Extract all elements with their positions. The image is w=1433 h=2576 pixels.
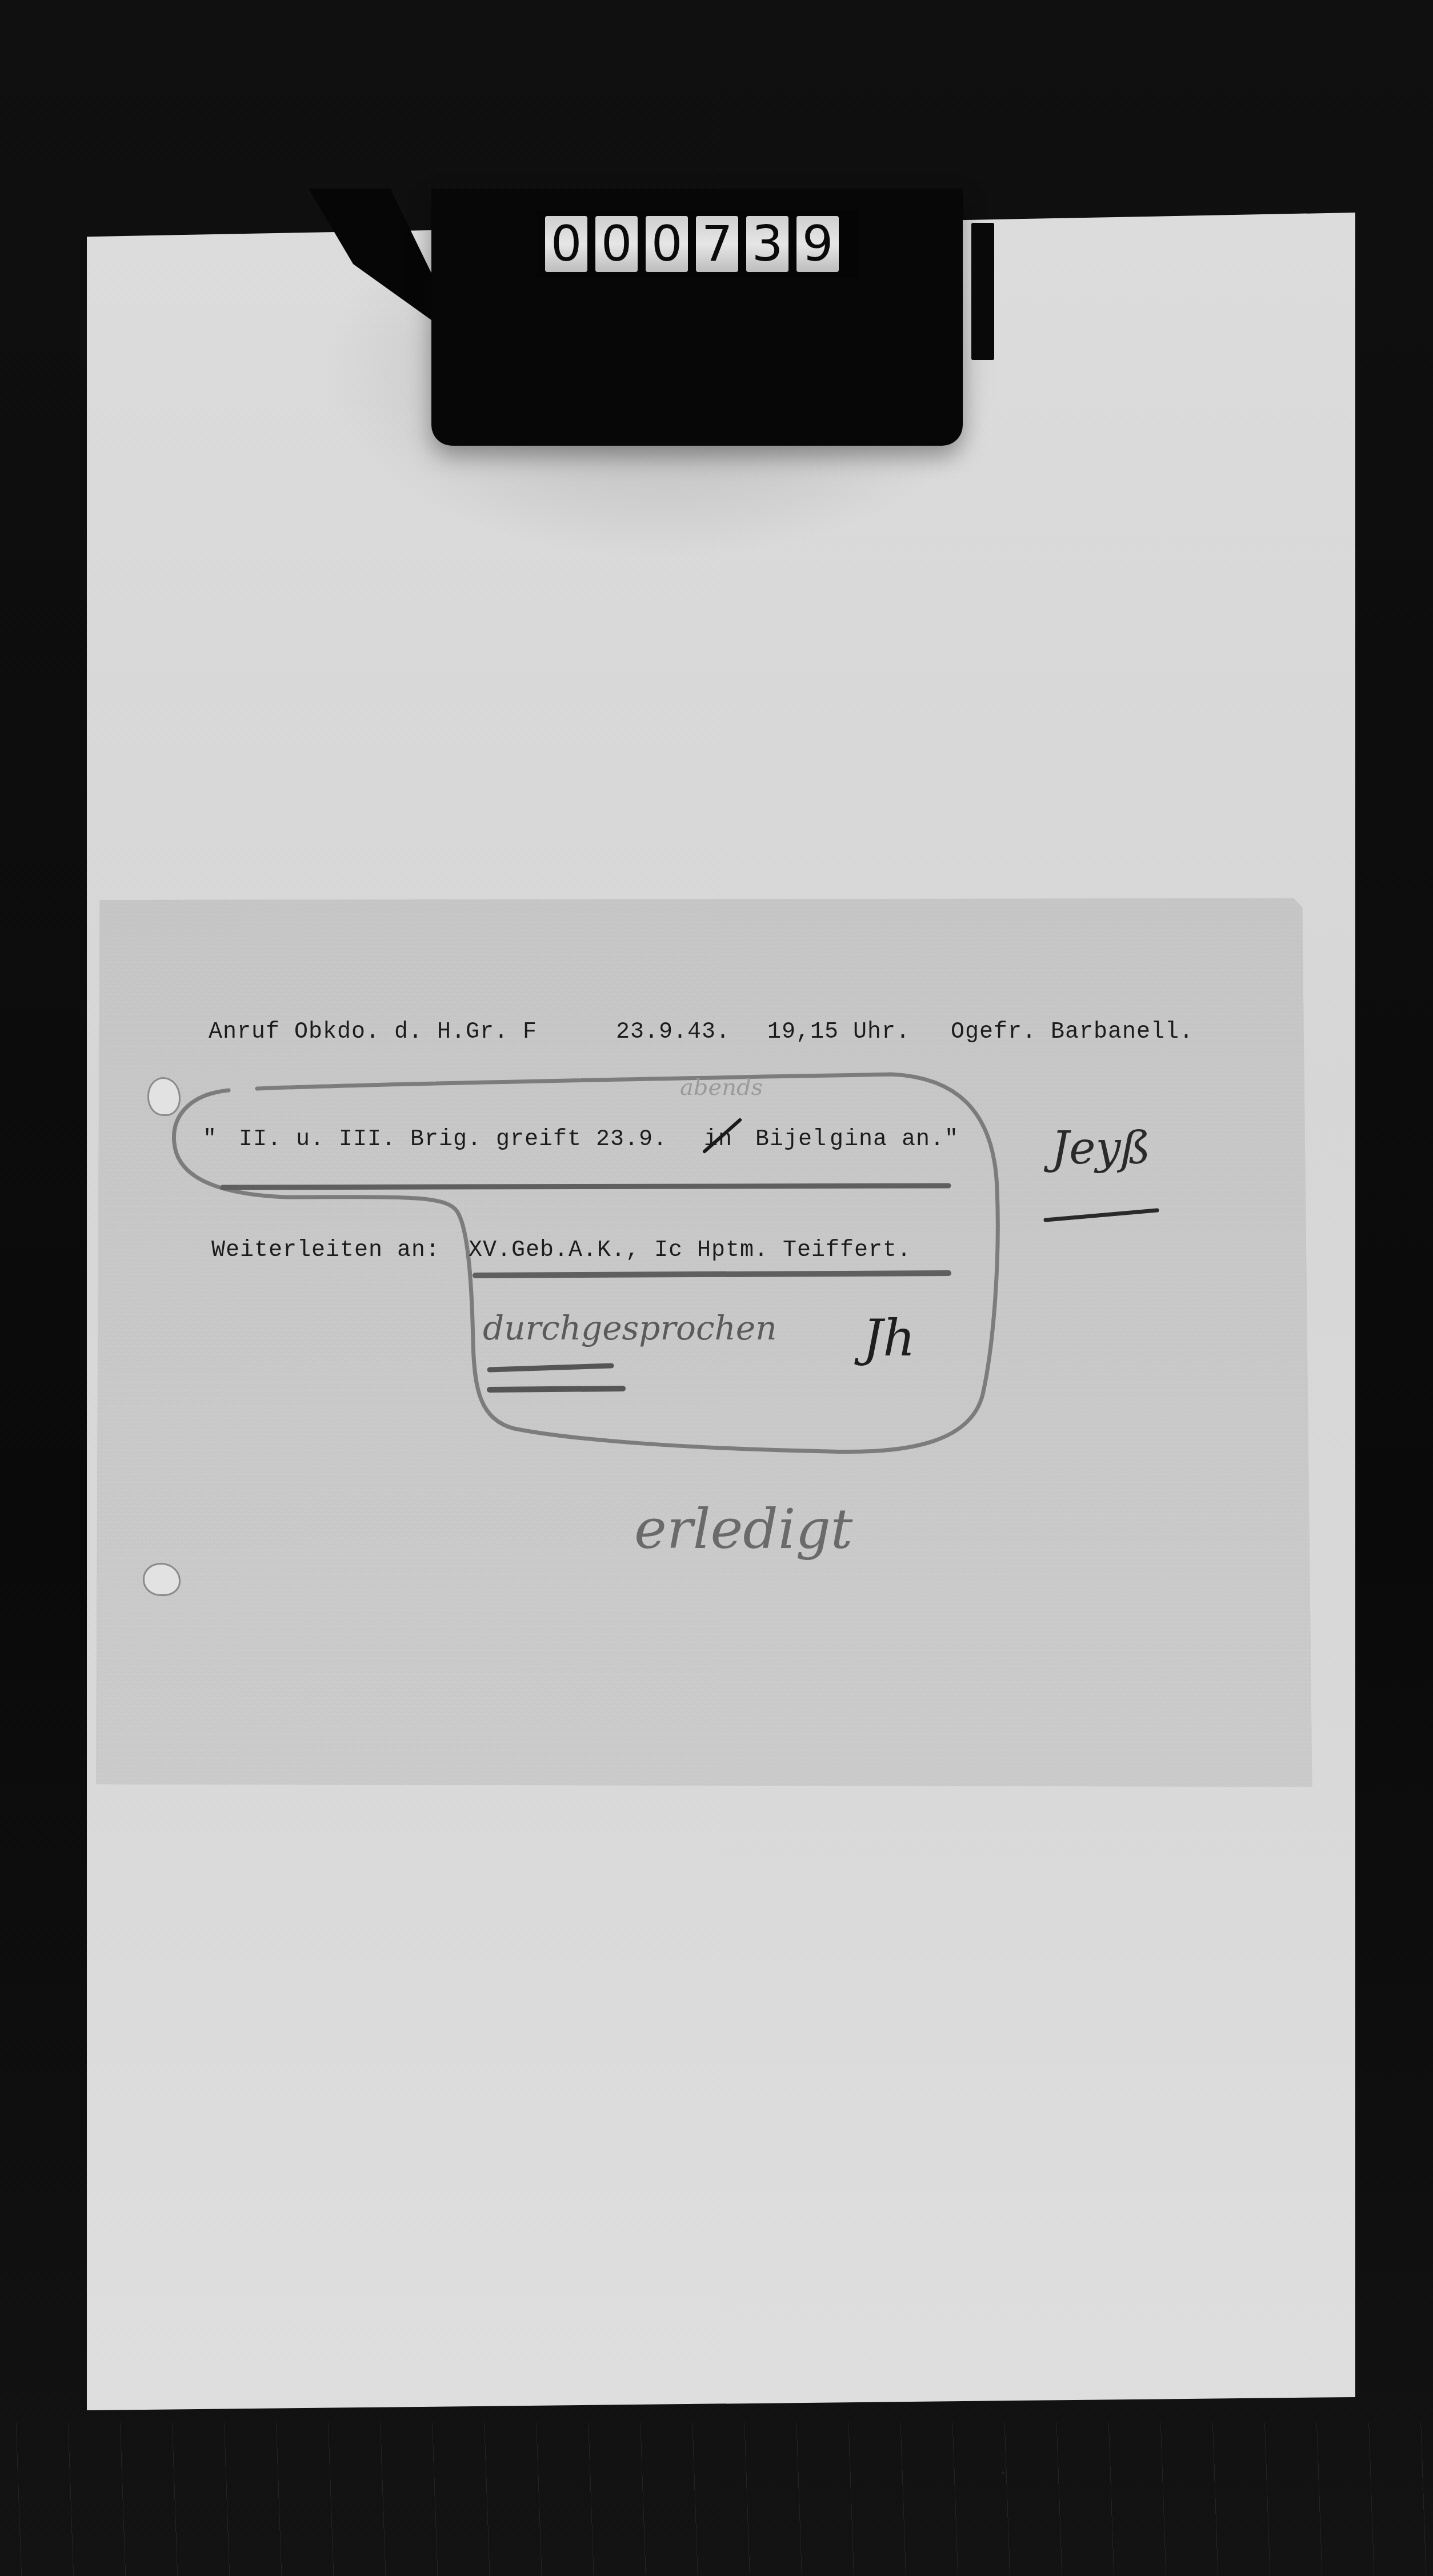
call-time: 19,15 Uhr. bbox=[767, 1019, 910, 1045]
handwritten-note: durchgesprochen bbox=[483, 1309, 777, 1347]
sender-name: Ogefr. Barbanell. bbox=[951, 1019, 1194, 1045]
message-open-quote: " bbox=[203, 1127, 217, 1153]
message-place-start: Bijel bbox=[755, 1127, 827, 1153]
forward-label: Weiterleiten an: bbox=[211, 1238, 440, 1263]
initials-box: Jh bbox=[863, 1309, 915, 1367]
bottom-note: erledigt bbox=[634, 1497, 852, 1561]
message-text: II. u. III. Brig. greift 23.9. bbox=[239, 1127, 667, 1153]
message-underline bbox=[223, 1186, 948, 1187]
forward-recipient: XV.Geb.A.K., Ic Hptm. Teiffert. bbox=[469, 1238, 911, 1263]
caller-text: Anruf Obkdo. d. H.Gr. F bbox=[209, 1019, 537, 1045]
call-date: 23.9.43. bbox=[616, 1019, 730, 1045]
inserted-word: abends bbox=[680, 1074, 763, 1101]
corrected-letter: g bbox=[830, 1127, 844, 1153]
initials-right: Jeyß bbox=[1051, 1123, 1151, 1174]
pencil-annotations bbox=[0, 0, 1433, 2576]
recipient-underline bbox=[475, 1273, 948, 1275]
struck-word: in bbox=[704, 1127, 732, 1153]
message-place-end: ina an." bbox=[844, 1127, 959, 1153]
